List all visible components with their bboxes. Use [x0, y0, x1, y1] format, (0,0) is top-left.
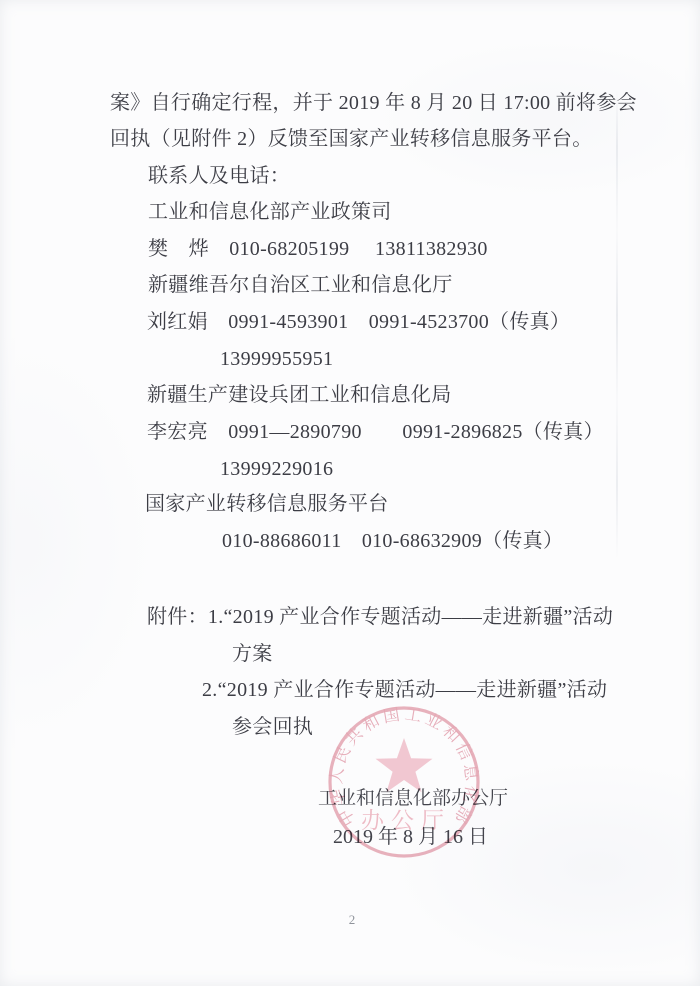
body-line: 案》自行确定行程，并于 2019 年 8 月 20 日 17:00 前将参会: [110, 91, 637, 115]
scan-artifact-streak: [616, 90, 618, 560]
page-number: 2: [344, 912, 360, 928]
body-line: 回执（见附件 2）反馈至国家产业转移信息服务平台。: [110, 127, 593, 151]
body-line: 工业和信息化部产业政策司: [148, 200, 392, 224]
body-line: 13999229016: [220, 457, 333, 481]
seal-star-icon: [376, 738, 433, 792]
body-line: 李宏亮 0991—2890790 0991-2896825（传真）: [147, 420, 604, 444]
body-line: 樊 烨 010-68205199 13811382930: [148, 237, 488, 261]
body-line: 010-88686011 010-68632909（传真）: [222, 529, 563, 553]
body-line: 联系人及电话：: [148, 164, 290, 188]
body-line: 国家产业转移信息服务平台: [145, 492, 389, 516]
attachment-line: 参会回执: [232, 715, 313, 739]
body-line: 刘红娟 0991-4593901 0991-4523700（传真）: [147, 310, 570, 334]
attachment-line: 附件：1.“2019 产业合作专题活动——走进新疆”活动: [147, 605, 613, 629]
seal-bottom-text: 办公厅: [361, 808, 451, 833]
scanned-document-page: 案》自行确定行程，并于 2019 年 8 月 20 日 17:00 前将参会 回…: [0, 0, 700, 986]
body-line: 新疆生产建设兵团工业和信息化局: [147, 383, 452, 407]
body-line: 13999955951: [220, 347, 333, 371]
attachment-line: 方案: [232, 642, 273, 666]
attachment-line: 2.“2019 产业合作专题活动——走进新疆”活动: [202, 678, 607, 702]
official-seal-stamp: 中华人民共和国工业和信息化部 办公厅: [326, 704, 482, 860]
body-line: 新疆维吾尔自治区工业和信息化厅: [148, 273, 453, 297]
